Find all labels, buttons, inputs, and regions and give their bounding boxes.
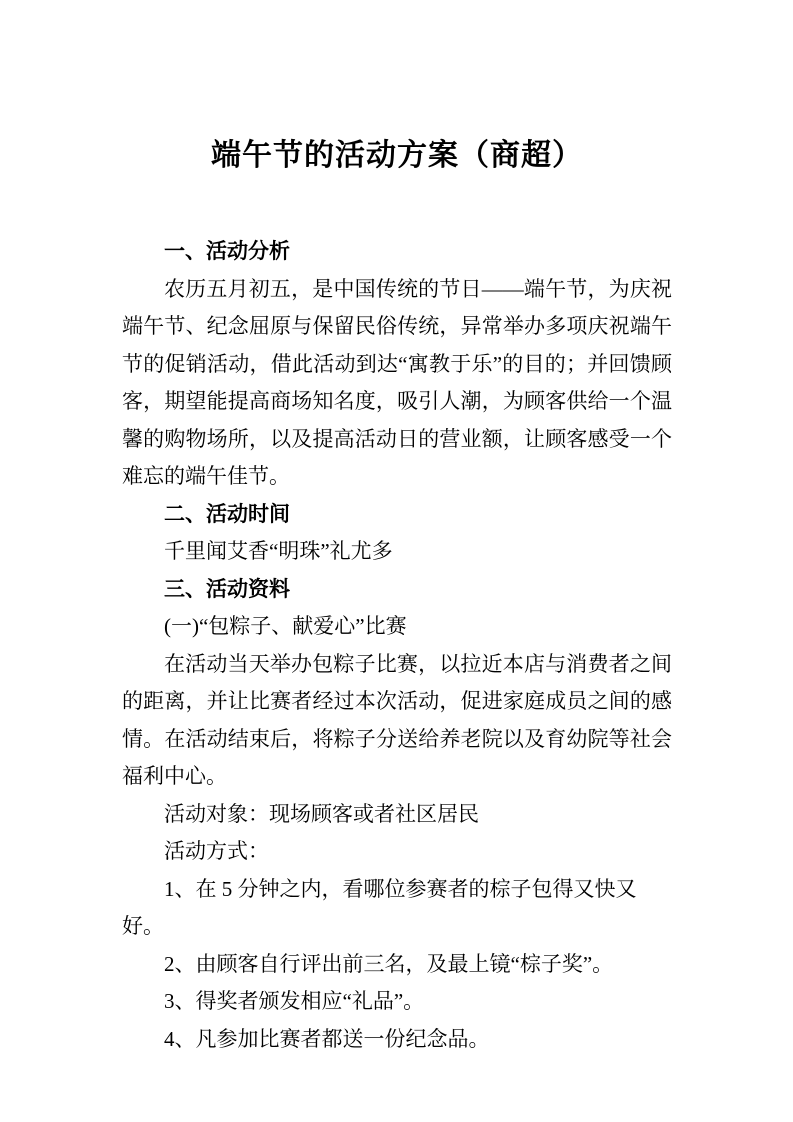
list-item-rule-1: 1、在 5 分钟之内，看哪位参赛者的棕子包得又快又好。 [122,871,672,946]
line-activity-audience: 活动对象：现场顾客或者社区居民 [122,796,672,834]
paragraph-activity-analysis: 农历五月初五，是中国传统的节日——端午节，为庆祝端午节、纪念屈原与保留民俗传统，… [122,271,672,496]
document-page: 端午节的活动方案（商超） 一、活动分析 农历五月初五，是中国传统的节日——端午节… [0,0,793,1122]
section-heading-activity-time: 二、活动时间 [122,496,672,534]
list-item-rule-4: 4、凡参加比赛者都送一份纪念品。 [122,1021,672,1059]
paragraph-activity-time: 千里闻艾香“明珠”礼尤多 [122,533,672,571]
line-activity-method-label: 活动方式： [122,833,672,871]
section-heading-activity-content: 三、活动资料 [122,571,672,609]
subheading-zongzi-contest: (一)“包粽子、献爱心”比赛 [122,608,672,646]
section-heading-activity-analysis: 一、活动分析 [122,233,672,271]
list-item-rule-2: 2、由顾客自行评出前三名，及最上镜“棕子奖”。 [122,946,672,984]
paragraph-zongzi-contest: 在活动当天举办包粽子比赛，以拉近本店与消费者之间的距离，并让比赛者经过本次活动，… [122,646,672,796]
document-title: 端午节的活动方案（商超） [122,135,672,177]
list-item-rule-3: 3、得奖者颁发相应“礼品”。 [122,983,672,1021]
